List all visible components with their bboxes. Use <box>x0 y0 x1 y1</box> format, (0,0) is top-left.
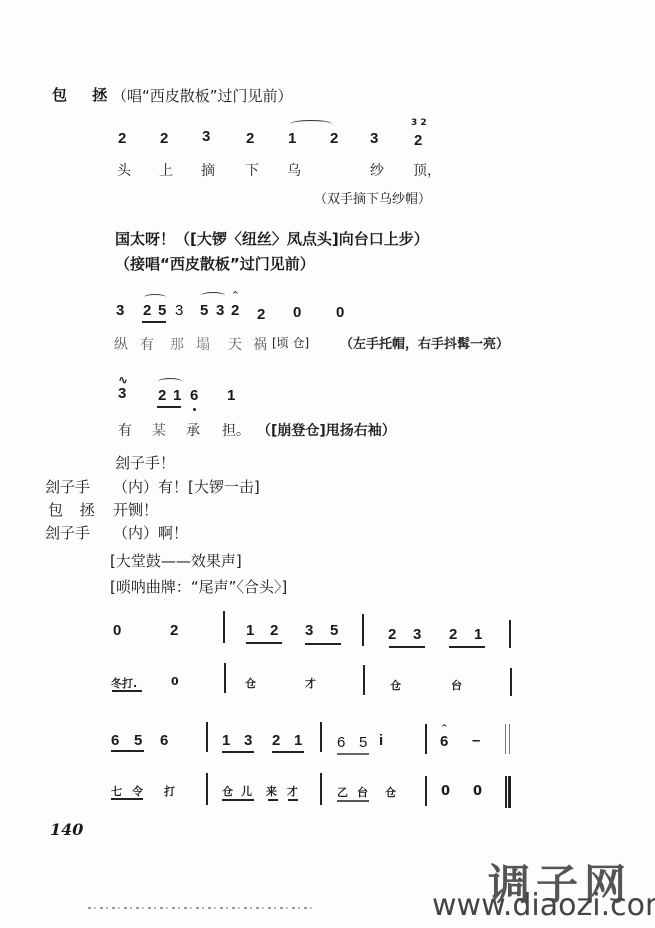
slur-arc <box>158 378 182 385</box>
dialogue-text: [大堂鼓——效果声] <box>110 550 242 571</box>
barline <box>320 773 322 805</box>
percussion-syllable: 才 <box>305 675 316 691</box>
note: 6 <box>160 732 168 749</box>
note: 5 <box>158 302 166 319</box>
barline <box>206 722 208 752</box>
underline-beam <box>157 406 181 408</box>
lyric-char: 有 <box>140 334 154 354</box>
dialogue-text: （内）有！[大锣一击] <box>113 476 260 497</box>
note: 6 <box>111 732 119 749</box>
barline <box>320 722 322 752</box>
stage-direction: （接唱“西皮散板”过门见前） <box>115 253 315 274</box>
underline-beam <box>268 799 278 801</box>
stage-direction: （唱“西皮散板”过门见前） <box>112 85 293 106</box>
fermata-icon: ^ <box>441 723 448 732</box>
note: 0 <box>293 304 301 321</box>
lyric-char: 塌 <box>196 334 210 354</box>
percussion-syllable: 冬打. <box>111 675 137 691</box>
lyric-char: 头 <box>117 160 131 180</box>
note: 6 <box>440 733 448 750</box>
dialogue-speaker: 刽子手 <box>45 476 90 497</box>
barline <box>509 620 511 648</box>
underline-beam <box>272 751 304 753</box>
note: 3 <box>413 626 421 643</box>
slur-arc <box>201 292 225 299</box>
lyric-char: 摘 <box>201 160 215 180</box>
barline <box>505 724 506 754</box>
note: 2 <box>118 130 126 147</box>
percussion-syllable: 台 <box>451 677 462 693</box>
percussion-syllable: 儿 <box>241 783 252 799</box>
lyric-char: 乌 <box>287 160 301 180</box>
page-number: 140 <box>50 820 83 839</box>
underline-beam <box>337 753 369 755</box>
underline-beam <box>246 642 282 644</box>
underline-beam <box>142 321 166 323</box>
grace-note: 3 2 <box>411 118 427 128</box>
lyric-char: 某 <box>152 420 166 440</box>
note: 2 <box>257 306 265 323</box>
lyric-char: 那 <box>170 334 184 354</box>
fermata-icon: ^ <box>232 290 239 299</box>
action-note: （左手托帽，右手抖髯一亮） <box>340 333 509 352</box>
note: 3 <box>305 622 313 639</box>
note: 5 <box>134 732 142 749</box>
percussion-syllable: 仓 <box>390 677 401 693</box>
underline-beam <box>449 646 485 648</box>
lyric-char: 顶， <box>413 160 441 180</box>
percussion-syllable: 台 <box>357 784 368 800</box>
lyric-char: 上 <box>159 160 173 180</box>
slur-arc <box>290 120 332 128</box>
dialogue-text: 开铡！ <box>113 499 158 520</box>
barline <box>363 665 365 695</box>
note: 1 <box>173 387 181 404</box>
dialogue-speaker: 包 拯 <box>48 499 101 520</box>
lyric-char: 纱 <box>370 160 384 180</box>
action-note: （[崩登仓]甩扬右袖） <box>257 420 396 440</box>
speaker-bao-zheng: 包 拯 <box>52 84 117 105</box>
note: 3 <box>118 385 126 402</box>
slur-arc <box>144 294 166 300</box>
lyric-char: 祸 <box>253 334 267 354</box>
percussion-syllable: 0 <box>473 784 482 799</box>
note: 5 <box>200 302 208 319</box>
note: i <box>379 732 383 749</box>
note: 2 <box>414 132 422 149</box>
barline <box>425 776 427 806</box>
note: 0 <box>336 304 344 321</box>
percussion-syllable: 七 <box>111 783 122 799</box>
lyric-char: 下 <box>245 160 259 180</box>
note: 3 <box>370 130 378 147</box>
barline <box>206 773 208 805</box>
underline-beam <box>305 643 341 645</box>
dialogue-text: 刽子手！ <box>115 452 175 473</box>
final-barline-thin <box>505 776 507 808</box>
note: 6 <box>190 387 198 404</box>
percussion-cue: [顷 仓] <box>272 334 309 351</box>
lower-octave-dot <box>193 408 196 411</box>
lyric-char: 承 <box>186 420 200 440</box>
note: 2 <box>158 387 166 404</box>
note: 1 <box>294 732 302 749</box>
note: 2 <box>246 130 254 147</box>
lyric-char: 纵 <box>114 334 128 354</box>
lyric-char: 有 <box>118 420 132 440</box>
barline <box>362 614 364 646</box>
note: 1 <box>246 622 254 639</box>
lyric-char: 担。 <box>222 420 250 440</box>
note: 5 <box>359 734 367 751</box>
note: 2 <box>330 130 338 147</box>
note: 2 <box>272 732 280 749</box>
underline-beam <box>112 690 142 692</box>
note: 2 <box>231 302 239 319</box>
barline <box>510 668 512 696</box>
dialogue-text: [唢呐曲牌：“尾声”〈合头〉] <box>110 576 287 597</box>
dialogue-text: （内）啊！ <box>113 522 188 543</box>
note: 6 <box>337 734 345 751</box>
note: 3 <box>116 302 124 319</box>
percussion-syllable: 来 <box>266 783 277 799</box>
scan-artifact <box>88 907 313 909</box>
note: 2 <box>170 622 178 639</box>
percussion-syllable: 令 <box>132 783 143 799</box>
note: 1 <box>288 130 296 147</box>
barline <box>224 663 226 693</box>
note: – <box>472 732 480 749</box>
note: 1 <box>227 387 235 404</box>
percussion-syllable: 仓 <box>222 783 233 799</box>
lyric-char: 天 <box>228 334 242 354</box>
watermark-url[interactable]: www.diaozi.com <box>432 888 655 923</box>
underline-beam <box>111 750 144 752</box>
note: 2 <box>270 622 278 639</box>
underline-beam <box>288 799 298 801</box>
underline-beam <box>222 751 254 753</box>
note: 3 <box>202 128 210 145</box>
note: 0 <box>113 622 121 639</box>
percussion-syllable: 才 <box>287 783 298 799</box>
note: 5 <box>330 622 338 639</box>
percussion-syllable: 乙 <box>337 784 348 800</box>
barline <box>223 611 225 643</box>
action-note: （双手摘下乌纱帽） <box>314 188 431 207</box>
note: 3 <box>175 302 183 319</box>
percussion-syllable: 0 <box>171 675 179 688</box>
underline-beam <box>389 646 425 648</box>
underline-beam <box>222 799 254 801</box>
percussion-syllable: 仓 <box>245 675 256 691</box>
underline-beam <box>337 800 369 802</box>
note: 2 <box>449 626 457 643</box>
barline <box>509 724 510 754</box>
percussion-syllable: 打 <box>164 783 175 799</box>
note: 2 <box>143 302 151 319</box>
note: 2 <box>160 130 168 147</box>
percussion-syllable: 0 <box>441 784 450 799</box>
percussion-syllable: 仓 <box>385 784 396 800</box>
note: 1 <box>474 626 482 643</box>
underline-beam <box>111 798 143 800</box>
note: 2 <box>388 626 396 643</box>
note: 1 <box>222 732 230 749</box>
spoken-line: 国太呀！（[大锣〈纽丝〉凤点头]向台口上步） <box>115 228 429 249</box>
note: 3 <box>244 732 252 749</box>
barline <box>425 724 427 754</box>
final-barline-thick <box>508 776 511 808</box>
dialogue-speaker: 刽子手 <box>45 522 90 543</box>
note: 3 <box>216 302 224 319</box>
